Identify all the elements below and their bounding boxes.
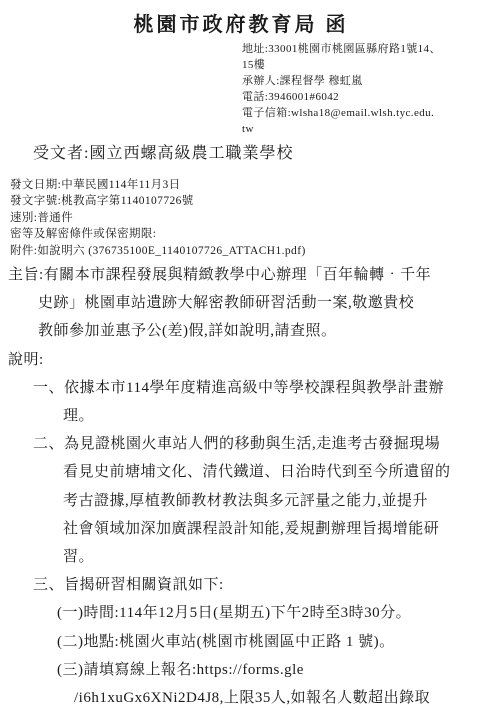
subject-paragraph: 主旨:有關本市課程發展與精緻教學中心辦理「百年輪轉‧千年 史跡」桃園車站遺跡大解… [0, 261, 482, 346]
subject-line-2: 史跡」桃園車站遺跡大解密教師研習活動一案,敬邀貴校 [38, 289, 482, 317]
doc-number-line: 發文字號:桃教高字第1140107726號 [10, 193, 482, 209]
subject-line-1: 主旨:有關本市課程發展與精緻教學中心辦理「百年輪轉‧千年 [8, 261, 482, 289]
item-2-line-3: 考古證據,厚植教師教材教法與多元評量之能力,並提升 [63, 487, 482, 515]
signup-url-line-1[interactable]: (三)請填寫線上報名:https://forms.gle [57, 656, 482, 684]
document-title: 桃園市政府教育局 函 [0, 0, 482, 38]
subject-line-3: 教師參加並惠予公(差)假,詳如說明,請查照。 [38, 317, 482, 345]
item-1-line-2: 理。 [63, 402, 482, 430]
security-line: 密等及解密條件或保密期限: [10, 226, 482, 242]
email-line-1: 電子信箱:wlsha18@email.wlsh.tyc.edu. [242, 105, 480, 121]
sub-item-time: (一)時間:114年12月5日(星期五)下午2時至3時30分。 [57, 599, 482, 627]
letter-body: 主旨:有關本市課程發展與精緻教學中心辦理「百年輪轉‧千年 史跡」桃園車站遺跡大解… [0, 261, 482, 708]
issue-date-line: 發文日期:中華民國114年11月3日 [10, 177, 482, 193]
attachment-line: 附件:如說明六 (376735100E_1140107726_ATTACH1.p… [10, 243, 482, 259]
item-1-line-1: 一、依據本市114學年度精進高級中等學校課程與教學計畫辦 [33, 374, 482, 402]
signup-url-line-2[interactable]: /i6h1xuGx6XNi2D4J8,上限35人,如報名人數超出錄取 [74, 684, 482, 708]
sender-contact-block: 地址:33001桃園市桃園區縣府路1號14、 15樓 承辦人:課程督學 穆虹嵐 … [242, 41, 480, 137]
explanation-item-3: 三、旨揭研習相關資訊如下: [33, 571, 482, 599]
document-meta-block: 發文日期:中華民國114年11月3日 發文字號:桃教高字第1140107726號… [10, 177, 482, 259]
recipient-line: 受文者:國立西螺高級農工職業學校 [33, 144, 482, 164]
item-2-line-2: 看見史前塘埔文化、清代鐵道、日治時代到至今所遺留的 [63, 458, 482, 486]
email-line-2: tw [242, 121, 480, 137]
explanation-item-1: 一、依據本市114學年度精進高級中等學校課程與教學計畫辦 理。 [0, 374, 482, 430]
item-2-line-5: 習。 [63, 543, 482, 571]
item-2-line-4: 社會領域加深加廣課程設計知能,爰規劃辦理旨揭增能研 [63, 515, 482, 543]
sub-item-signup: (三)請填寫線上報名:https://forms.gle /i6h1xuGx6X… [0, 656, 482, 708]
contact-person-line: 承辦人:課程督學 穆虹嵐 [242, 73, 480, 89]
address-line-1: 地址:33001桃園市桃園區縣府路1號14、 [242, 41, 480, 57]
explanation-label: 說明: [8, 346, 482, 374]
explanation-item-2: 二、為見證桃園火車站人們的移動與生活,走進考古發掘現場 看見史前塘埔文化、清代鐵… [0, 430, 482, 571]
official-letter-document: 桃園市政府教育局 函 地址:33001桃園市桃園區縣府路1號14、 15樓 承辦… [0, 0, 482, 708]
priority-line: 速別:普通件 [10, 210, 482, 226]
sub-item-location: (二)地點:桃園火車站(桃園市桃園區中正路 1 號)。 [57, 628, 482, 656]
address-line-2: 15樓 [242, 57, 480, 73]
phone-line: 電話:3946001#6042 [242, 89, 480, 105]
item-2-line-1: 二、為見證桃園火車站人們的移動與生活,走進考古發掘現場 [33, 430, 482, 458]
